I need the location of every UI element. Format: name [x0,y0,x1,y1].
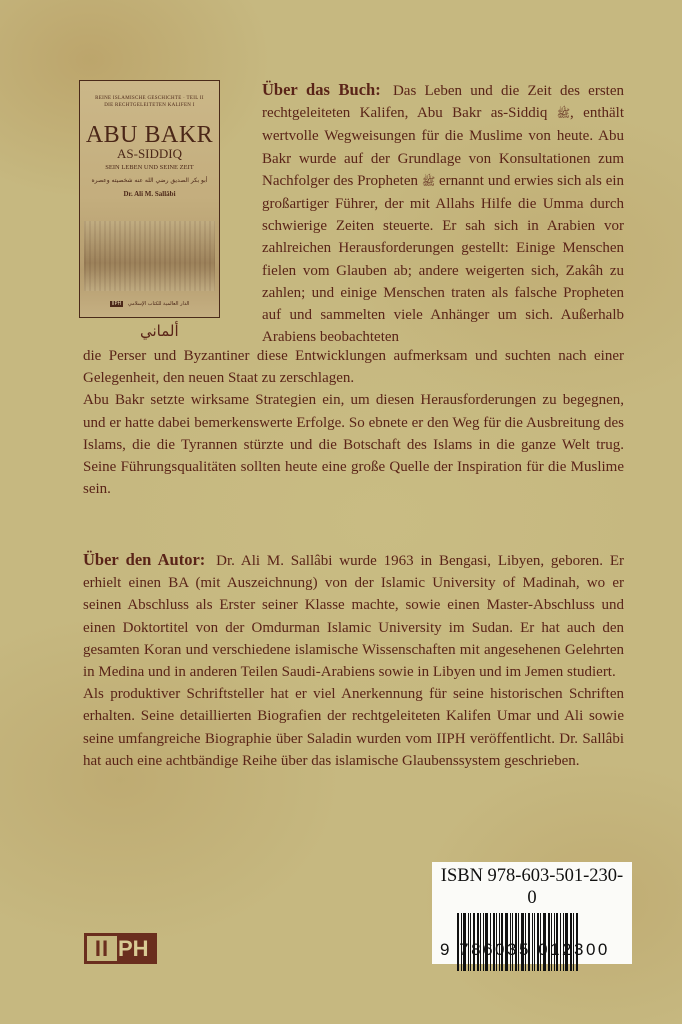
book-cover-thumbnail: Reine islamische Geschichte · Teil II Di… [79,80,220,318]
about-book-text-3: die Perser und Byzantiner diese Entwickl… [83,345,624,389]
language-label: ألماني [140,322,179,340]
cover-author: Dr. Ali M. Sallâbi [80,190,219,198]
cover-illustration [84,221,215,291]
barcode-digits: 9 786035 012300 [440,940,610,960]
cover-publisher-arabic: الدار العالمية للكتاب الإسلامي [128,301,190,307]
cover-publisher: IIPH الدار العالمية للكتاب الإسلامي [80,301,219,307]
about-book-continued: die Perser und Byzantiner diese Entwickl… [83,345,624,500]
cover-series-line-1: Reine islamische Geschichte · Teil II [80,95,219,102]
cover-subtitle: AS-SIDDIQ [80,147,219,161]
about-book-heading: Über das Buch: [262,80,381,99]
about-author-paragraph-2: Als produktiver Schriftsteller hat er vi… [83,683,624,772]
publisher-logo: II PH [84,933,157,964]
isbn-barcode: ISBN 978-603-501-230-0 9 786035 012300 [432,862,632,964]
about-author-paragraph-1: Dr. Ali M. Sallâbi wurde 1963 in Bengasi… [83,553,624,680]
about-book-section: Über das Buch: Das Leben und die Zeit de… [262,79,624,348]
cover-publisher-logo-icon: IIPH [110,301,124,307]
cover-title: ABU BAKR [80,123,219,147]
about-book-text-2: ernannt und erwies sich als ein großarti… [262,173,624,345]
about-author-heading: Über den Autor: [83,550,205,569]
cover-series-line-2: Die rechtgeleiteten Kalifen I [80,102,219,109]
cover-arabic-title: أبو بكر الصديق رضي الله عنه شخصيته وعصره [80,177,219,184]
honorific-icon: ﷺ [422,175,435,188]
publisher-logo-left: II [87,936,117,961]
cover-series: Reine islamische Geschichte · Teil II Di… [80,95,219,109]
about-author-section: Über den Autor: Dr. Ali M. Sallâbi wurde… [83,549,624,772]
publisher-logo-right: PH [117,936,154,961]
about-book-paragraph-2: Abu Bakr setzte wirksame Strategien ein,… [83,389,624,500]
honorific-icon: ﷺ [557,107,570,120]
cover-tagline: Sein Leben und seine Zeit [80,164,219,171]
isbn-label: ISBN 978-603-501-230-0 [437,865,627,909]
